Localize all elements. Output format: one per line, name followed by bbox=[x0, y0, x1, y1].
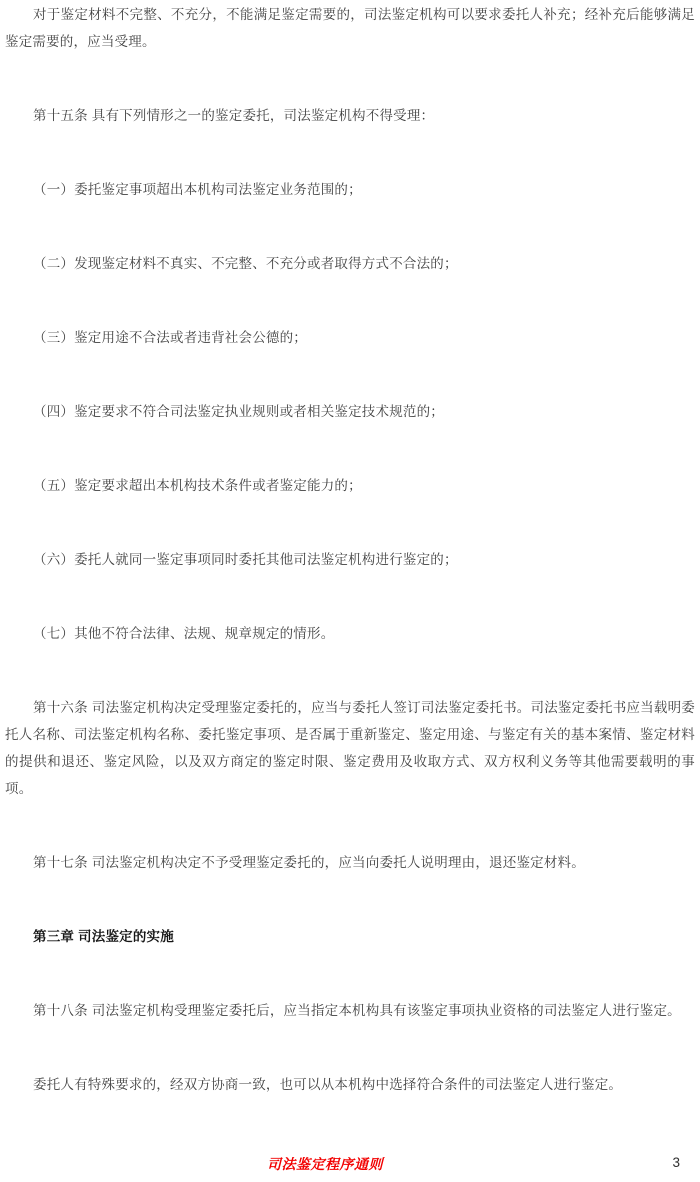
paragraph: 委托人有特殊要求的，经双方协商一致，也可以从本机构中选择符合条件的司法鉴定人进行… bbox=[5, 1071, 695, 1098]
paragraph: （六）委托人就同一鉴定事项同时委托其他司法鉴定机构进行鉴定的； bbox=[5, 546, 695, 573]
paragraph: 第十六条 司法鉴定机构决定受理鉴定委托的，应当与委托人签订司法鉴定委托书。司法鉴… bbox=[5, 694, 695, 802]
paragraph: （四）鉴定要求不符合司法鉴定执业规则或者相关鉴定技术规范的； bbox=[5, 398, 695, 425]
paragraph: （五）鉴定要求超出本机构技术条件或者鉴定能力的； bbox=[5, 472, 695, 499]
paragraph: 第十八条 司法鉴定机构受理鉴定委托后，应当指定本机构具有该鉴定事项执业资格的司法… bbox=[5, 997, 695, 1024]
paragraph: 第十七条 司法鉴定机构决定不予受理鉴定委托的，应当向委托人说明理由，退还鉴定材料… bbox=[5, 849, 695, 876]
page-footer: 司法鉴定程序通则 3 bbox=[0, 1150, 700, 1178]
chapter-heading: 第三章 司法鉴定的实施 bbox=[5, 923, 695, 950]
paragraph: 对于鉴定材料不完整、不充分，不能满足鉴定需要的，司法鉴定机构可以要求委托人补充；… bbox=[5, 1, 695, 55]
paragraph: （三）鉴定用途不合法或者违背社会公德的； bbox=[5, 324, 695, 351]
paragraph: （七）其他不符合法律、法规、规章规定的情形。 bbox=[5, 620, 695, 647]
paragraph: 第十五条 具有下列情形之一的鉴定委托，司法鉴定机构不得受理： bbox=[5, 102, 695, 129]
page-number: 3 bbox=[672, 1155, 680, 1170]
footer-document-title: 司法鉴定程序通则 bbox=[0, 1154, 650, 1174]
paragraph: （一）委托鉴定事项超出本机构司法鉴定业务范围的； bbox=[5, 176, 695, 203]
document-body: 对于鉴定材料不完整、不充分，不能满足鉴定需要的，司法鉴定机构可以要求委托人补充；… bbox=[0, 0, 700, 1098]
document-page: 对于鉴定材料不完整、不充分，不能满足鉴定需要的，司法鉴定机构可以要求委托人补充；… bbox=[0, 0, 700, 1182]
paragraph: （二）发现鉴定材料不真实、不完整、不充分或者取得方式不合法的； bbox=[5, 250, 695, 277]
